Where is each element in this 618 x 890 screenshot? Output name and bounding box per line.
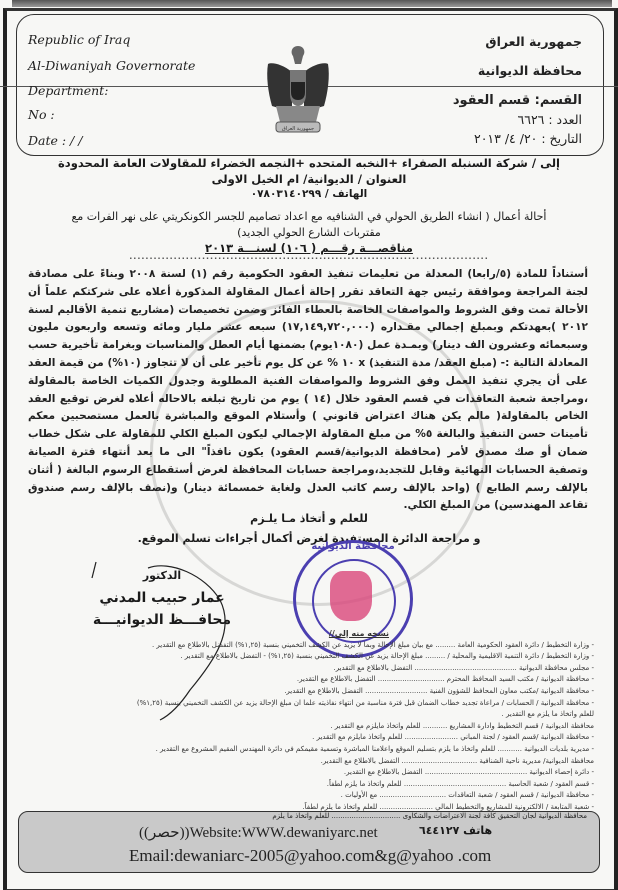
copies-item: - محافظة الديوانية / مكتب السيد المحافظ … [14, 674, 594, 686]
footer-note: محافظة الديوانية لجان التحقيق كافة لجنة … [272, 812, 587, 820]
copies-item: - محافظة الديوانية / الحسابات / مراعاة ت… [14, 698, 594, 710]
footer-website-url[interactable]: Website:WWW.dewaniyarc.net [190, 825, 378, 841]
copies-item: محافظة الديوانية/ مديرية ناحية الشنافية … [14, 756, 594, 768]
copies-item: - محافظة الديوانية /مكتب معاون المحافظ ل… [14, 686, 594, 698]
copies-item: - مجلس محافظة الديوانية ................… [14, 663, 594, 675]
copies-title: نسخه منه إلى// [14, 628, 594, 640]
copies-item: - محافظة الديوانية / قسم العقود / شعبة ا… [14, 790, 594, 802]
footer-website-ar: ((حصر)) [139, 825, 190, 841]
footer-website: ((حصر))Website:WWW.dewaniyarc.net [139, 823, 378, 842]
copies-item: محافظة الديوانية / قسم التخطيط وادارة ال… [14, 721, 594, 733]
copies-item: - وزارة التخطيط / دائرة التنمية الاقليمي… [14, 651, 594, 663]
copies-distribution-list: نسخه منه إلى// - وزارة التخطيط / دائرة ا… [14, 628, 594, 825]
copies-item: - قسم العقود / شعبة الحاسبة ............… [14, 779, 594, 791]
copies-item: للعلم واتخاذ ما يلزم مع التقدير . [14, 709, 594, 721]
copies-item: - محافظة الديوانية /قسم العقود / لجنة ال… [14, 732, 594, 744]
document-page: Republic of Iraq Al-Diwaniyah Governorat… [0, 0, 618, 890]
copies-item: - وزارة التخطيط / دائرة العقود الحكومية … [14, 640, 594, 652]
copies-item: - دائرة إحصاء الديوانية ................… [14, 767, 594, 779]
footer-email[interactable]: Email:dewaniarc-2005@yahoo.com&g@yahoo .… [129, 846, 491, 866]
copies-item: - مديرية بلديات الديوانية ........... لل… [14, 744, 594, 756]
footer-phone: هاتف ٦٤٤١٢٧ [419, 824, 492, 837]
footer-contact-box: محافظة الديوانية لجان التحقيق كافة لجنة … [18, 811, 600, 873]
